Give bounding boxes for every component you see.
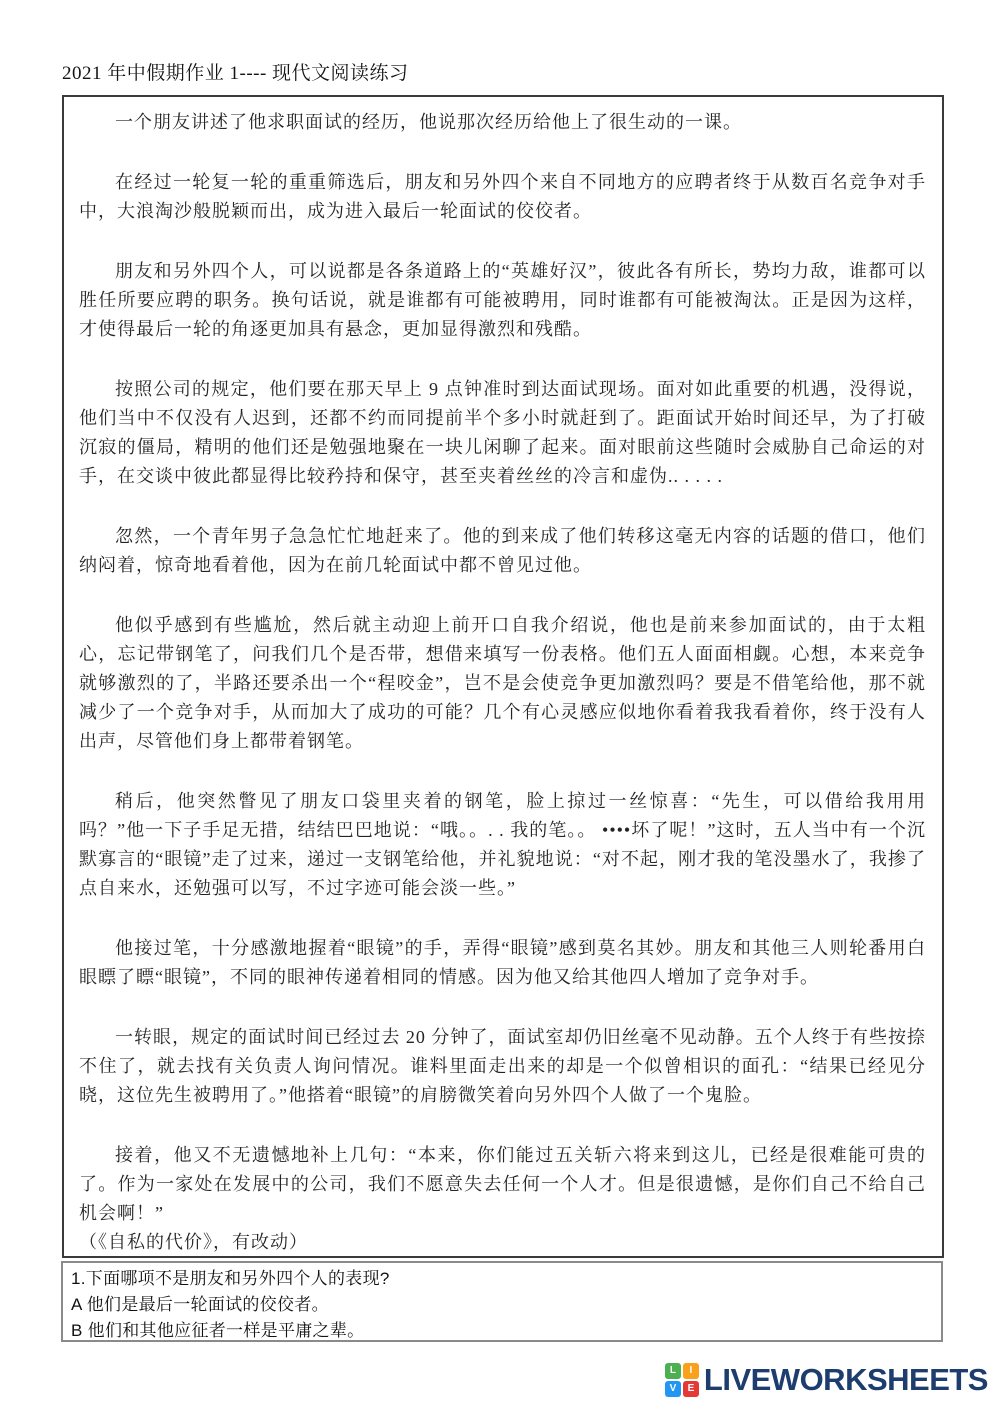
passage-paragraph: 朋友和另外四个人，可以说都是各条道路上的“英雄好汉”，彼此各有所长，势均力敌，谁…: [79, 257, 926, 344]
logo-tile-v: V: [665, 1381, 681, 1397]
liveworksheets-logo[interactable]: L I V E LIVEWORKSHEETS: [665, 1362, 988, 1398]
question-1-option-b[interactable]: B 他们和其他应征者一样是平庸之辈。: [71, 1318, 931, 1342]
logo-tile-e: E: [683, 1381, 699, 1397]
passage-paragraph: 忽然，一个青年男子急急忙忙地赶来了。他的到来成了他们转移这毫无内容的话题的借口，…: [79, 522, 926, 580]
passage-source: （《自私的代价》，有改动）: [79, 1228, 926, 1257]
passage-paragraph: 接着，他又不无遗憾地补上几句：“本来，你们能过五关斩六将来到这儿，已经是很难能可…: [79, 1141, 926, 1228]
question-1-option-a[interactable]: A 他们是最后一轮面试的佼佼者。: [71, 1292, 931, 1318]
liveworksheets-wordmark: LIVEWORKSHEETS: [704, 1362, 988, 1398]
worksheet-page: 2021 年中假期作业 1---- 现代文阅读练习 一个朋友讲述了他求职面试的经…: [0, 0, 1000, 1413]
passage-paragraph: 一个朋友讲述了他求职面试的经历，他说那次经历给他上了很生动的一课。: [79, 108, 926, 137]
logo-tile-i: I: [683, 1363, 699, 1379]
passage-paragraph: 他似乎感到有些尴尬，然后就主动迎上前开口自我介绍说，他也是前来参加面试的，由于太…: [79, 611, 926, 756]
passage-paragraph: 他接过笔，十分感激地握着“眼镜”的手，弄得“眼镜”感到莫名其妙。朋友和其他三人则…: [79, 934, 926, 992]
passage-box: 一个朋友讲述了他求职面试的经历，他说那次经历给他上了很生动的一课。 在经过一轮复…: [62, 95, 944, 1258]
question-1-prompt: 1.下面哪项不是朋友和另外四个人的表现?: [71, 1266, 931, 1292]
passage-paragraph: 在经过一轮复一轮的重重筛选后，朋友和另外四个来自不同地方的应聘者终于从数百名竞争…: [79, 168, 926, 226]
worksheet-title: 2021 年中假期作业 1---- 现代文阅读练习: [62, 58, 409, 85]
liveworksheets-logo-icon: L I V E: [665, 1363, 699, 1397]
passage-paragraph: 按照公司的规定，他们要在那天早上 9 点钟准时到达面试现场。面对如此重要的机遇，…: [79, 375, 926, 491]
logo-tile-l: L: [665, 1363, 681, 1379]
passage-paragraph: 一转眼，规定的面试时间已经过去 20 分钟了，面试室却仍旧丝毫不见动静。五个人终…: [79, 1023, 926, 1110]
question-box: 1.下面哪项不是朋友和另外四个人的表现? A 他们是最后一轮面试的佼佼者。 B …: [61, 1261, 943, 1342]
passage-paragraph: 稍后，他突然瞥见了朋友口袋里夹着的钢笔，脸上掠过一丝惊喜：“先生，可以借给我用用…: [79, 787, 926, 903]
